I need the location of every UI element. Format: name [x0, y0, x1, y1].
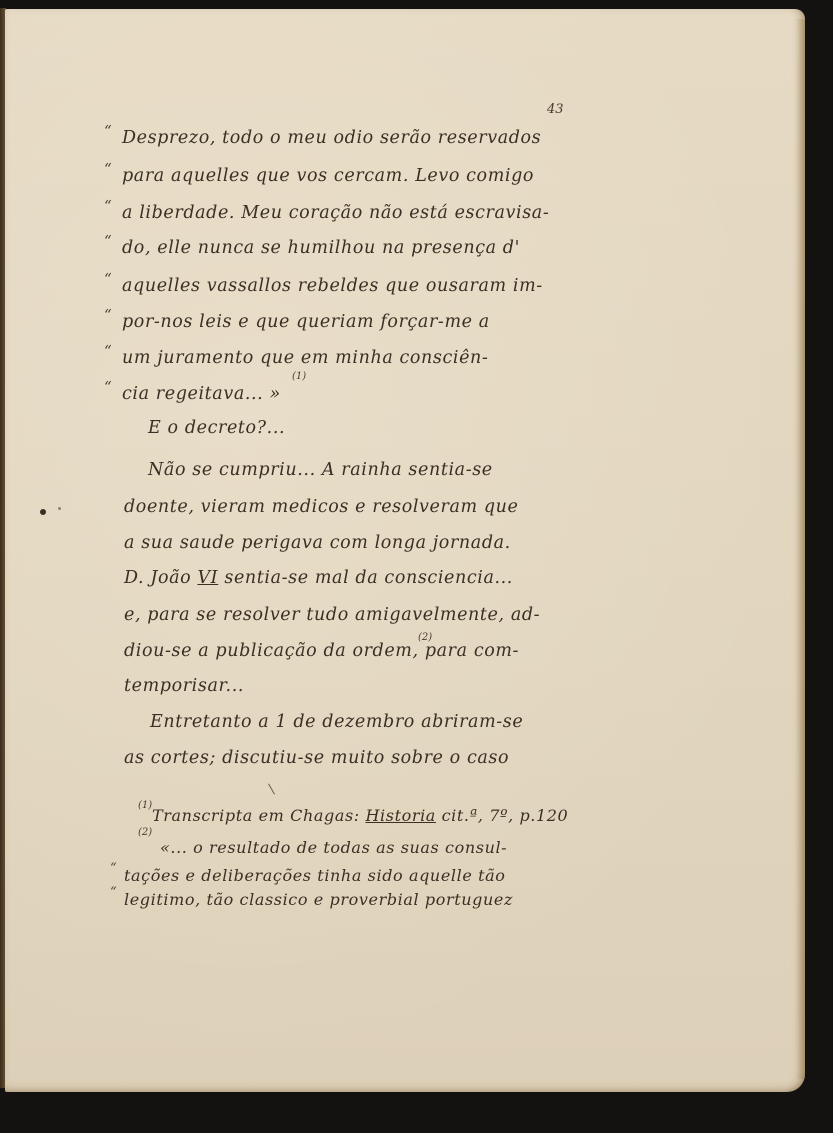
footnote-2-line: legitimo, tão classico e proverbial port…: [124, 890, 513, 909]
page-number: 43: [547, 102, 564, 117]
ink-speck: [40, 509, 46, 515]
quote-mark: “: [104, 122, 112, 140]
paragraph-line: as cortes; discutiu-se muito sobre o cas…: [124, 748, 509, 768]
quote-mark: “: [104, 378, 112, 396]
paragraph-line: temporisar...: [124, 676, 244, 696]
quoted-line: por-nos leis e que queriam forçar-me a: [122, 312, 490, 332]
footnote-ref: (2): [418, 632, 432, 643]
paragraph-line: Entretanto a 1 de dezembro abriram-se: [150, 712, 523, 732]
footnote-citation: cit.ª, 7º, p.120: [436, 806, 568, 825]
footnote-text: Transcripta em Chagas:: [152, 806, 365, 825]
footnote-ref: (1): [138, 800, 152, 811]
footnote-ref: (2): [138, 827, 152, 838]
quote-mark: “: [110, 885, 117, 900]
line-rest: sentia-se mal da consciencia...: [218, 568, 513, 588]
paragraph-line: diou-se a publicação da ordem, para com-: [124, 641, 519, 661]
worn-page-edge: [795, 19, 805, 1079]
ink-speck: [58, 507, 61, 510]
quoted-line: Desprezo, todo o meu odio serão reservad…: [122, 128, 541, 148]
quote-mark: “: [104, 160, 112, 178]
quoted-line: a liberdade. Meu coração não está escrav…: [122, 203, 549, 223]
scanned-document: 43 “ Desprezo, todo o meu odio serão res…: [0, 0, 833, 1133]
paragraph-line: doente, vieram medicos e resolveram que: [124, 497, 519, 517]
quote-mark: “: [104, 270, 112, 288]
paragraph-line: D. João VI sentia-se mal da consciencia.…: [124, 568, 513, 588]
quote-mark: “: [104, 306, 112, 324]
footnote-2-line: «... o resultado de todas as suas consul…: [160, 838, 507, 857]
footnote-ref: (1): [292, 371, 306, 382]
quote-mark: “: [104, 342, 112, 360]
king-name: D. João: [124, 568, 191, 588]
quote-mark: “: [104, 197, 112, 215]
quoted-line: aquelles vassallos rebeldes que ousaram …: [122, 276, 543, 296]
quoted-line: para aquelles que vos cercam. Levo comig…: [122, 166, 534, 186]
paragraph-line: a sua saude perigava com longa jornada.: [124, 533, 511, 553]
footnote-1: Transcripta em Chagas: Historia cit.ª, 7…: [152, 806, 568, 825]
quoted-line: um juramento que em minha consciên-: [122, 348, 488, 368]
paragraph-line: e, para se resolver tudo amigavelmente, …: [124, 605, 540, 625]
quote-mark: “: [104, 232, 112, 250]
paragraph-line: E o decreto?...: [148, 418, 285, 438]
footnote-2-line: tações e deliberações tinha sido aquelle…: [124, 866, 506, 885]
paragraph-line: Não se cumpriu... A rainha sentia-se: [148, 460, 493, 480]
quoted-line: do, elle nunca se humilhou na presença d…: [122, 238, 520, 258]
quote-mark: “: [110, 861, 117, 876]
quoted-line: cia regeitava... »: [122, 384, 281, 404]
regnal-number: VI: [197, 568, 218, 588]
cited-work-title: Historia: [365, 806, 435, 825]
